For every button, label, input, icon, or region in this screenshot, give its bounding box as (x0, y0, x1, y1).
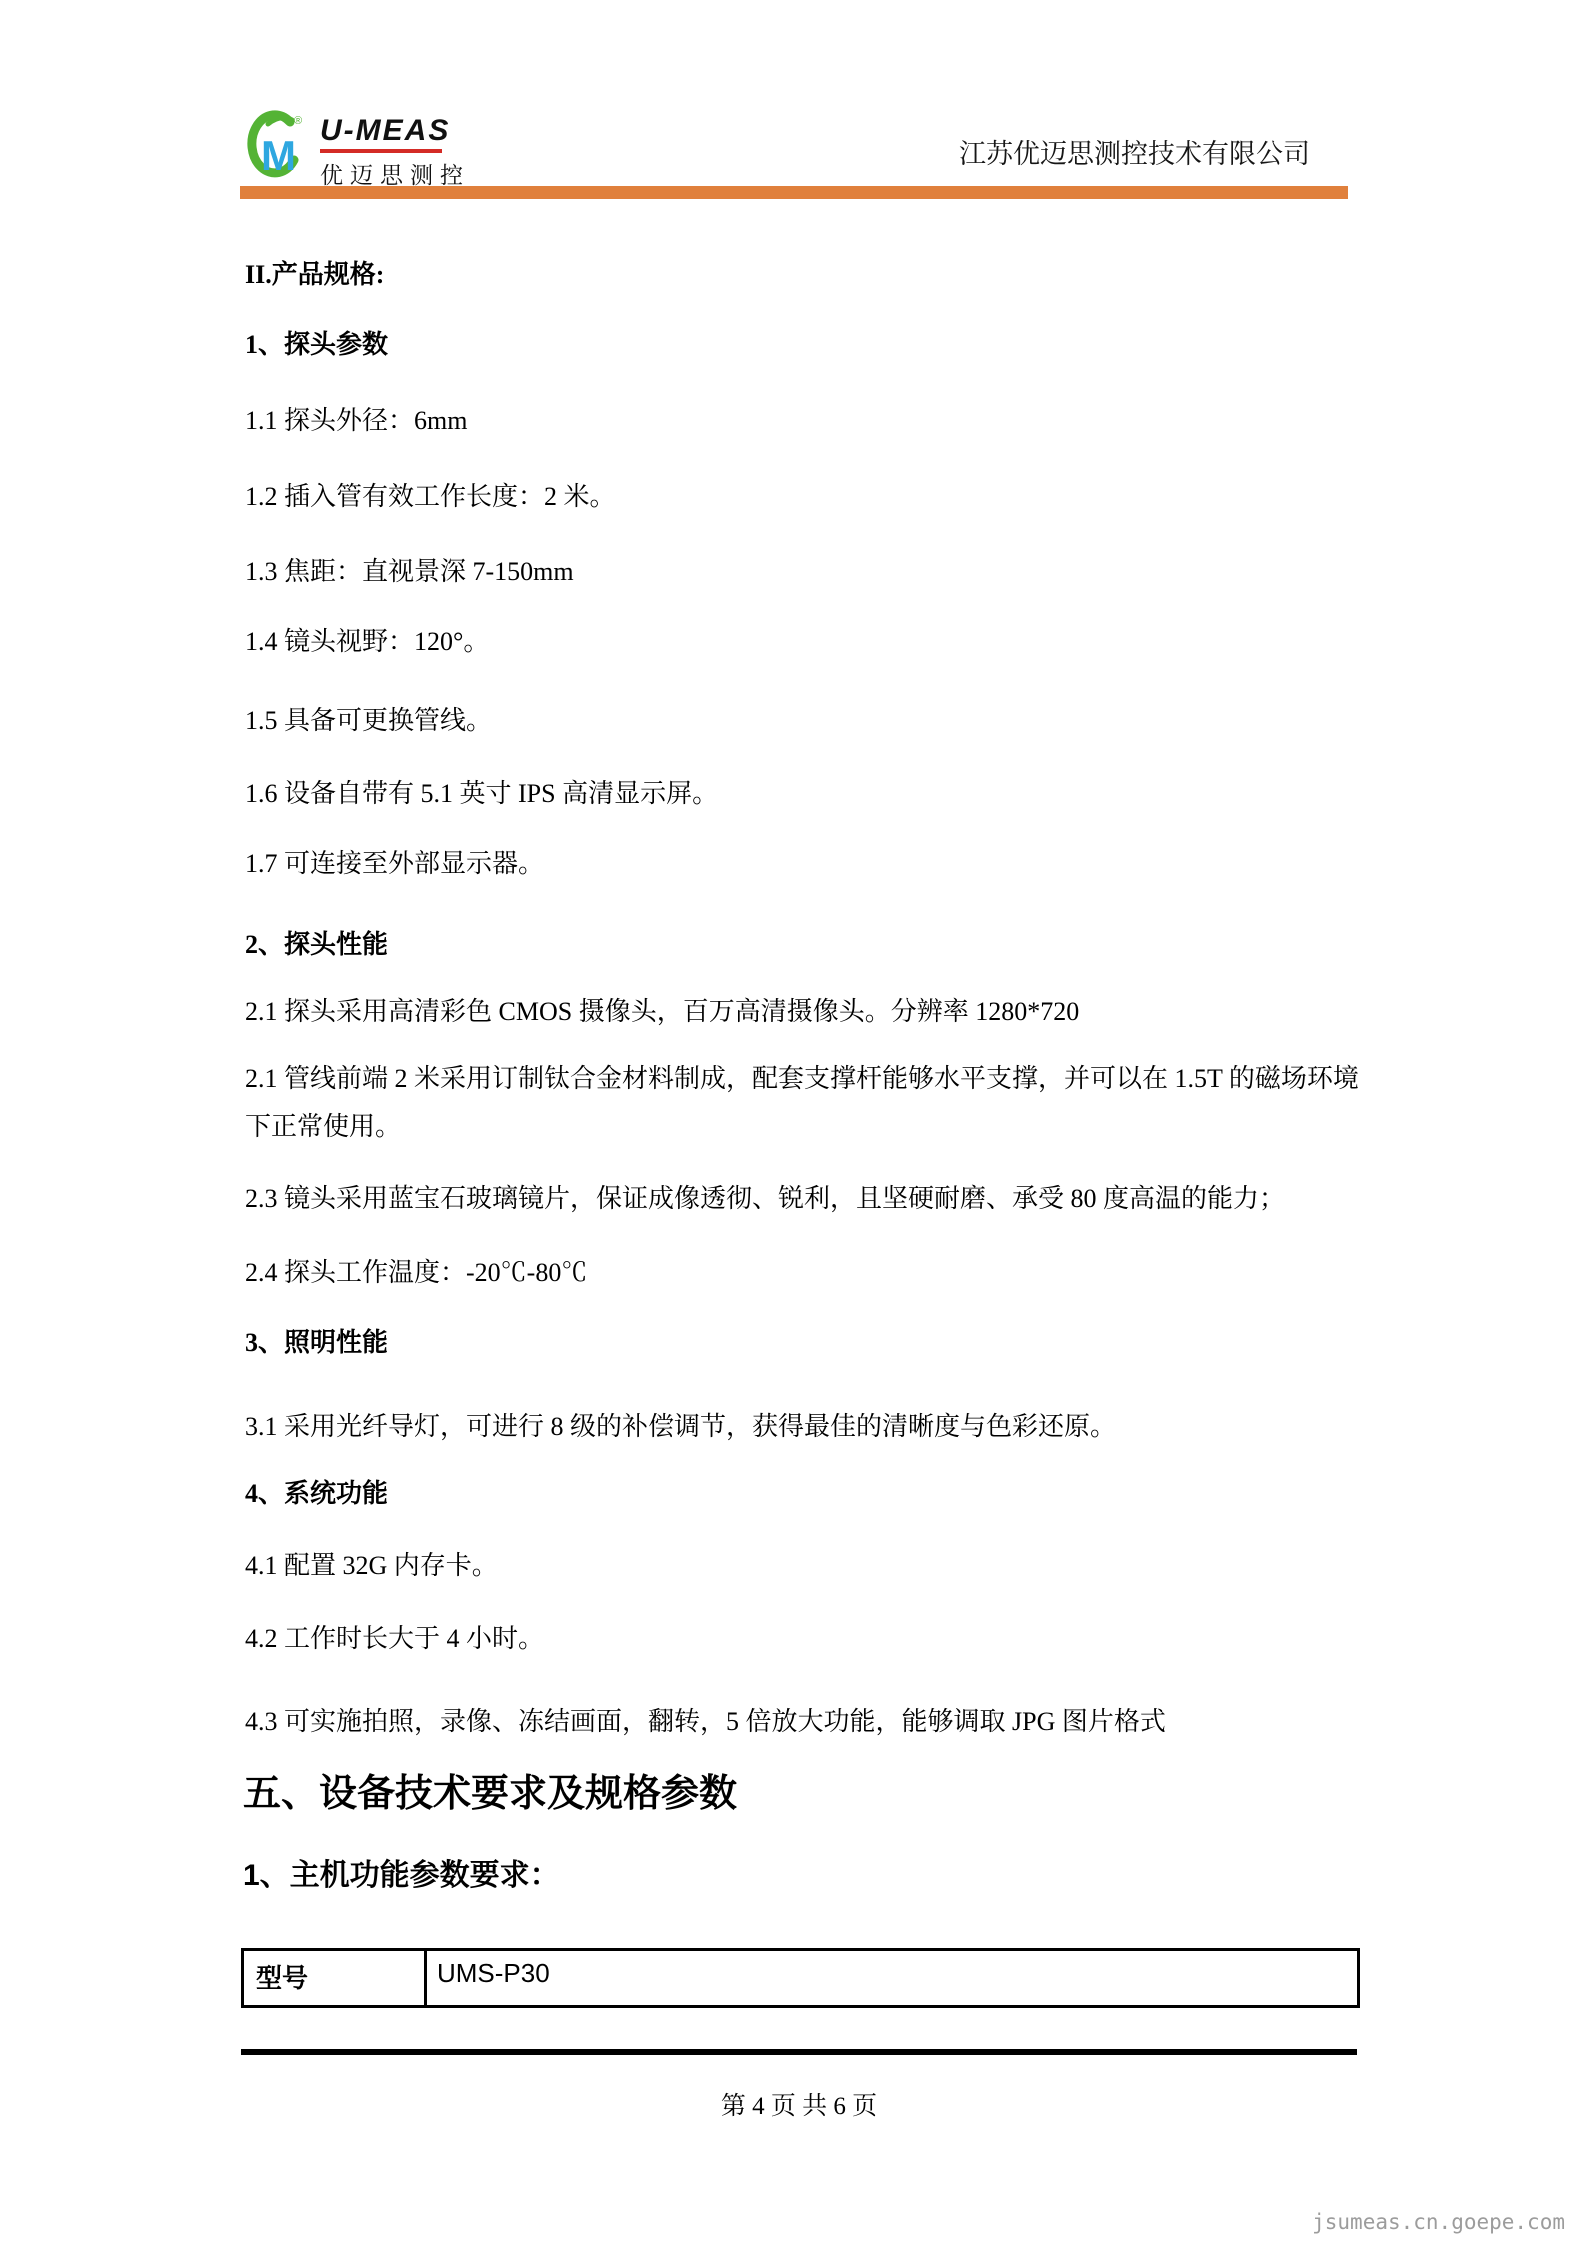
heading-system-functions: 4、系统功能 (245, 1477, 388, 1510)
table-cell-model-value: UMS-P30 (427, 1951, 1357, 2005)
spec-line-1-2: 1.2 插入管有效工作长度：2 米。 (245, 480, 616, 513)
company-name: 江苏优迈思测控技术有限公司 (959, 132, 1310, 171)
logo-swirl-icon: M ® (244, 108, 306, 180)
brand-name: U-MEAS (320, 116, 470, 146)
spec-line-1-1: 1.1 探头外径：6mm (245, 404, 467, 437)
spec-line-2-1a: 2.1 探头采用高清彩色 CMOS 摄像头，百万高清摄像头。分辨率 1280*7… (245, 995, 1079, 1028)
spec-line-1-4: 1.4 镜头视野：120°。 (245, 625, 489, 658)
spec-line-1-7: 1.7 可连接至外部显示器。 (245, 847, 544, 880)
watermark-url: jsumeas.cn.goepe.com (1312, 2210, 1565, 2234)
table-cell-model-label: 型号 (244, 1951, 427, 2005)
page-number: 第 4 页 共 6 页 (241, 2086, 1357, 2122)
subheading-host-function-params: 1、主机功能参数要求： (243, 1858, 560, 1894)
spec-line-1-5: 1.5 具备可更换管线。 (245, 704, 492, 737)
company-logo: M ® U-MEAS 优迈思测控 (244, 108, 470, 190)
spec-line-2-1b: 2.1 管线前端 2 米采用订制钛合金材料制成，配套支撑杆能够水平支撑，并可以在… (245, 1055, 1363, 1151)
heading-probe-params: 1、探头参数 (245, 328, 388, 361)
chapter-heading-equipment-requirements: 五、设备技术要求及规格参数 (243, 1772, 737, 1816)
spec-line-4-2: 4.2 工作时长大于 4 小时。 (245, 1622, 544, 1655)
header-accent-bar (240, 186, 1348, 199)
svg-text:M: M (261, 132, 296, 179)
document-page: M ® U-MEAS 优迈思测控 江苏优迈思测控技术有限公司 II.产品规格: … (0, 0, 1587, 2245)
brand-underline (320, 149, 442, 153)
spec-line-3-1: 3.1 采用光纤导灯，可进行 8 级的补偿调节，获得最佳的清晰度与色彩还原。 (245, 1410, 1116, 1443)
svg-text:®: ® (294, 115, 302, 127)
spec-line-1-3: 1.3 焦距：直视景深 7-150mm (245, 555, 574, 588)
heading-probe-performance: 2、探头性能 (245, 928, 388, 961)
spec-line-4-3: 4.3 可实施拍照，录像、冻结画面，翻转，5 倍放大功能，能够调取 JPG 图片… (245, 1705, 1166, 1738)
heading-lighting: 3、照明性能 (245, 1326, 388, 1359)
section-title-product-spec: II.产品规格: (245, 258, 384, 291)
logo-text-block: U-MEAS 优迈思测控 (320, 108, 470, 190)
spec-line-4-1: 4.1 配置 32G 内存卡。 (245, 1549, 498, 1582)
spec-line-1-6: 1.6 设备自带有 5.1 英寸 IPS 高清显示屏。 (245, 777, 718, 810)
footer-rule (241, 2049, 1357, 2055)
spec-line-2-3: 2.3 镜头采用蓝宝石玻璃镜片，保证成像透彻、锐利，且坚硬耐磨、承受 80 度高… (245, 1182, 1285, 1215)
spec-table: 型号 UMS-P30 (241, 1948, 1360, 2008)
spec-line-2-4: 2.4 探头工作温度：-20℃-80℃ (245, 1256, 587, 1289)
